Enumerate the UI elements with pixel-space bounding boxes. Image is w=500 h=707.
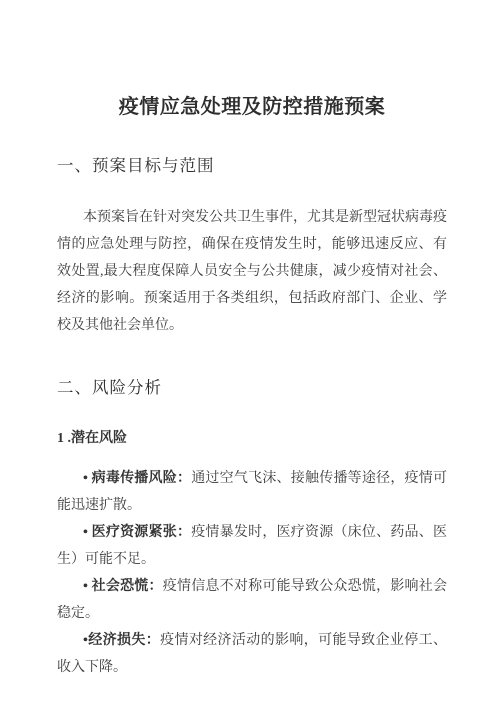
list-item-economic-loss: •经济损失：疫情对经济活动的影响，可能导致企业停工、收入下降。 bbox=[57, 627, 447, 681]
list-item-social-panic: • 社会恐慌：疫情信息不对称可能导致公众恐慌，影响社会稳定。 bbox=[57, 573, 447, 627]
document-title: 疫情应急处理及防控措施预案 bbox=[57, 95, 447, 119]
subsection-heading-potential-risks: 1 .潜在风险 bbox=[57, 429, 447, 449]
bullet-label: • 病毒传播风险： bbox=[83, 471, 191, 486]
section-heading-risk-analysis: 二、风险分析 bbox=[57, 377, 447, 399]
list-item-virus-spread: • 病毒传播风险：通过空气飞沫、接触传播等途径，疫情可能迅速扩散。 bbox=[57, 465, 447, 519]
intro-paragraph: 本预案旨在针对突发公共卫生事件，尤其是新型冠状病毒疫情的应急处理与防控，确保在疫… bbox=[57, 204, 447, 339]
bullet-label: • 医疗资源紧张： bbox=[83, 525, 191, 540]
bullet-label: • 社会恐慌： bbox=[83, 579, 163, 594]
section-heading-goals-scope: 一、预案目标与范围 bbox=[57, 155, 447, 177]
bullet-label: •经济损失： bbox=[83, 633, 160, 648]
list-item-medical-resources: • 医疗资源紧张：疫情暴发时，医疗资源（床位、药品、医生）可能不足。 bbox=[57, 519, 447, 573]
risk-bullet-list: • 病毒传播风险：通过空气飞沫、接触传播等途径，疫情可能迅速扩散。 • 医疗资源… bbox=[57, 465, 447, 681]
document-page: 疫情应急处理及防控措施预案 一、预案目标与范围 本预案旨在针对突发公共卫生事件，… bbox=[0, 0, 500, 707]
